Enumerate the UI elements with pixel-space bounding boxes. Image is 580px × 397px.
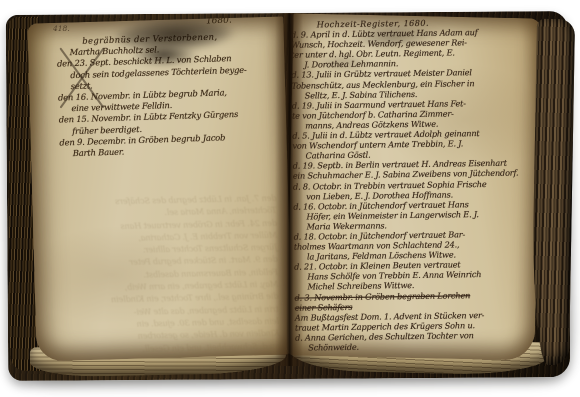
open-book-photo: den 7. Jan. in Lübtz begrub des Schäfers… (0, 0, 580, 397)
left-page-ink-bleedthrough: den 7. Jan. in Lübtz begrub des Schäfers… (58, 192, 279, 356)
book-gutter-shadow (275, 14, 303, 366)
left-page-number: 418. (53, 24, 70, 33)
ink-smudge-stain (116, 40, 212, 70)
ink-smudge-stain (300, 52, 386, 74)
right-fore-edge-page-stack (531, 19, 575, 366)
crossed-out-x-mark (49, 45, 113, 111)
